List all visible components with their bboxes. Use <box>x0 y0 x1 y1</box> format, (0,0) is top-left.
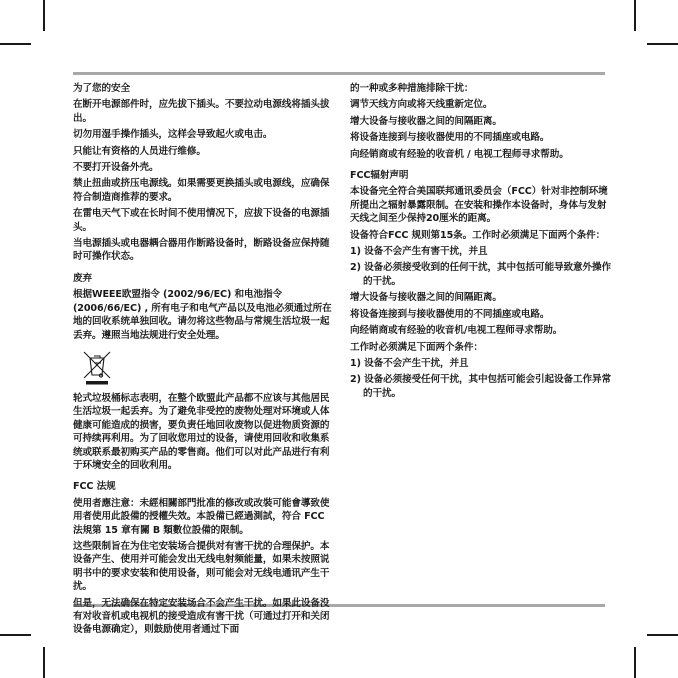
radiation-paragraph: 工作时必须满足下面两个条件： <box>350 341 612 354</box>
radiation-paragraph: 向经销商或有经验的收音机/电视工程师寻求帮助。 <box>350 324 612 337</box>
fcc-title: FCC 法规 <box>73 480 335 493</box>
right-column: 的一种或多种措施排除干扰： 调节天线方向或将天线重新定位。 增大设备与接收器之间… <box>350 82 612 403</box>
safety-paragraph: 当电源插头或电器耦合器用作断路设备时，断路设备应保持随时可操作状态。 <box>73 237 335 264</box>
crop-mark-bottom-right-v <box>634 647 636 678</box>
crossed-out-wheelie-bin-icon <box>81 350 113 386</box>
safety-title: 为了您的安全 <box>73 82 335 95</box>
crop-mark-top-right-h <box>647 43 678 45</box>
radiation-paragraph: 本设备完全符合美国联邦通讯委员会（FCC）针对非控制环境所提出之辐射暴露限制。在… <box>350 185 612 225</box>
safety-paragraph: 在断开电源部件时，应先拔下插头。不要拉动电源线将插头拔出。 <box>73 98 335 125</box>
crop-mark-top-left-h <box>0 43 31 45</box>
condition-item: 2) 设备必须接受任何干扰，其中包括可能会引起设备工作异常的干扰。 <box>350 373 612 400</box>
fcc-paragraph: 但是，无法确保在特定安装场合不会产生干扰。如果此设备没有对收音机或电视机的接受造… <box>73 597 335 637</box>
radiation-paragraph: 增大设备与接收器之间的间隔距离。 <box>350 291 612 304</box>
crop-mark-top-left-v <box>43 0 45 31</box>
fcc-cont-paragraph: 向经销商或有经验的收音机 / 电视工程师寻求帮助。 <box>350 148 612 161</box>
safety-paragraph: 禁止扭曲或挤压电源线。如果需要更换插头或电源线，应确保符合制造商推荐的要求。 <box>73 177 335 204</box>
crop-mark-bottom-left-v <box>43 647 45 678</box>
crop-mark-bottom-left-h <box>0 634 31 636</box>
safety-paragraph: 只能让有资格的人员进行维修。 <box>73 145 335 158</box>
radiation-title: FCC辐射声明 <box>350 169 612 182</box>
fcc-cont-paragraph: 的一种或多种措施排除干扰： <box>350 82 612 95</box>
weee-icon-paragraph: 轮式垃圾桶标志表明，在整个欧盟此产品都不应该与其他居民生活垃圾一起丢弃。为了避免… <box>73 392 335 472</box>
crop-mark-bottom-right-h <box>647 634 678 636</box>
fcc-cont-paragraph: 增大设备与接收器之间的间隔距离。 <box>350 115 612 128</box>
radiation-paragraph: 设备符合FCC 规则第15条。工作时必须满足下面两个条件： <box>350 229 612 242</box>
condition-item: 2) 设备必须接受收到的任何干扰，其中包括可能导致意外操作的干扰。 <box>350 261 612 288</box>
radiation-paragraph: 将设备连接到与接收器使用的不同插座或电路。 <box>350 308 612 321</box>
safety-paragraph: 在雷电天气下或在长时间不使用情况下，应拔下设备的电源插头。 <box>73 207 335 234</box>
left-column: 为了您的安全 在断开电源部件时，应先拔下插头。不要拉动电源线将插头拔出。 切勿用… <box>73 82 335 640</box>
crop-mark-top-right-v <box>634 0 636 31</box>
condition-item: 1) 设备不会产生有害干扰，并且 <box>350 245 612 258</box>
top-rule <box>73 72 605 75</box>
condition-item: 1) 设备不会产生干扰，并且 <box>350 357 612 370</box>
disposal-title: 废弃 <box>73 272 335 285</box>
disposal-paragraph: 根据WEEE欧盟指令 (2002/96/EC) 和电池指令 (2006/66/E… <box>73 288 335 342</box>
safety-paragraph: 切勿用湿手操作插头，这样会导致起火或电击。 <box>73 128 335 141</box>
safety-paragraph: 不要打开设备外壳。 <box>73 161 335 174</box>
fcc-cont-paragraph: 将设备连接到与接收器使用的不同插座或电路。 <box>350 131 612 144</box>
fcc-paragraph: 这些限制旨在为住宅安装场合提供对有害干扰的合理保护。本设备产生、使用并可能会发出… <box>73 540 335 594</box>
fcc-cont-paragraph: 调节天线方向或将天线重新定位。 <box>350 98 612 111</box>
fcc-paragraph: 使用者應注意：未經相關部門批准的修改或改裝可能會導致使用者使用此設備的授權失效。… <box>73 497 335 537</box>
